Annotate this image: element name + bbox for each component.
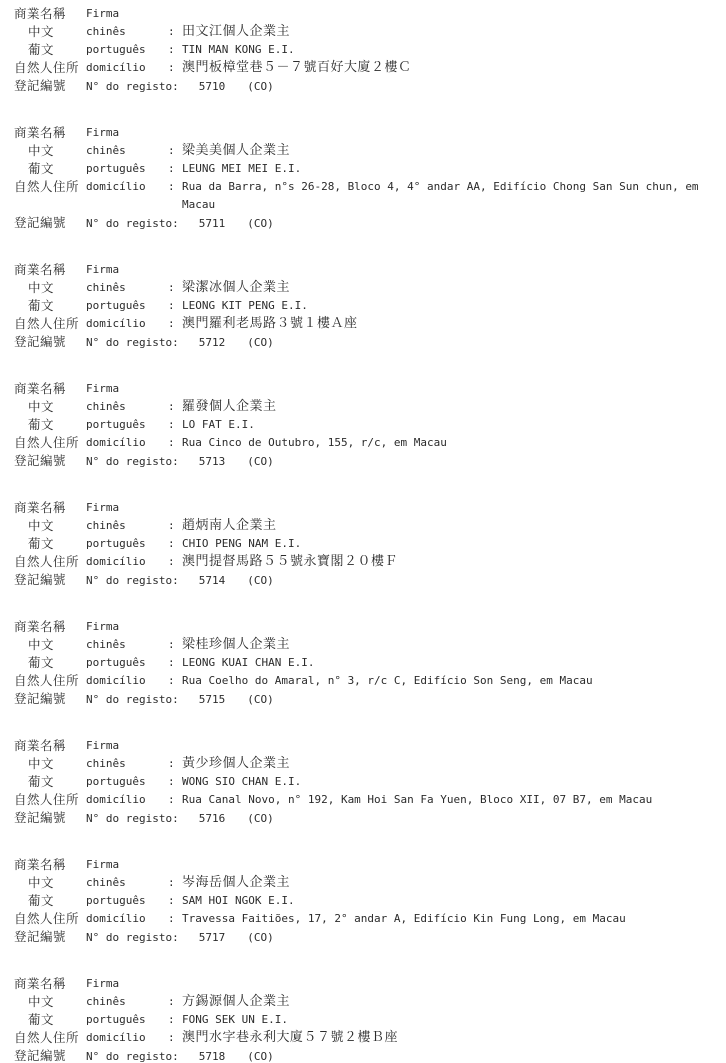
firma-label-zh: 商業名稱 [14,499,86,517]
registry-label-pt: N° do registo: [86,334,179,352]
chinese-label-pt: chinês [86,993,168,1011]
domicile-label-pt: domicílio [86,672,168,690]
firma-label-pt: Firma [86,618,168,636]
chinese-name-row: 中文 chinês : 趙炳南人企業主 [14,517,716,535]
domicile-row: 自然人住所 domicílio : Rua Cinco de Outubro, … [14,434,716,452]
registry-label-zh: 登記編號 [14,452,86,470]
registry-suffix: (CO) [247,691,274,709]
chinese-name-value: 方錫源個人企業主 [182,993,716,1011]
registry-row: 登記編號 N° do registo: 5713 (CO) [14,452,716,471]
registry-label-zh: 登記編號 [14,690,86,708]
chinese-label-zh: 中文 [14,517,86,535]
registry-label-pt: N° do registo: [86,453,179,471]
registry-row: 登記編號 N° do registo: 5710 (CO) [14,77,716,96]
registration-entry: 商業名稱 Firma 中文 chinês : 羅發個人企業主 葡文 portug… [14,380,716,471]
firma-label-pt: Firma [86,380,168,398]
chinese-name-value: 梁潔冰個人企業主 [182,279,716,297]
domicile-value-wrap: Rua da Barra, n°s 26-28, Bloco 4, 4° and… [182,178,716,214]
portuguese-label-pt: português [86,297,168,315]
portuguese-name-value: TIN MAN KONG E.I. [182,41,716,59]
chinese-label-zh: 中文 [14,874,86,892]
chinese-name-value: 羅發個人企業主 [182,398,716,416]
domicile-value-wrap: Rua Cinco de Outubro, 155, r/c, em Macau [182,434,716,452]
registry-row: 登記編號 N° do registo: 5714 (CO) [14,571,716,590]
colon-separator: : [168,1029,182,1047]
firma-label-pt: Firma [86,261,168,279]
registry-suffix: (CO) [247,810,274,828]
domicile-label-zh: 自然人住所 [14,315,86,333]
colon-separator: : [168,910,182,928]
firma-label-pt: Firma [86,975,168,993]
colon-separator: : [168,773,182,791]
domicile-address-line1: 澳門羅利老馬路３號１樓Ａ座 [182,315,716,333]
domicile-value-wrap: 澳門提督馬路５５號永寶閣２０樓Ｆ [182,553,716,571]
firma-label-zh: 商業名稱 [14,618,86,636]
domicile-label-zh: 自然人住所 [14,553,86,571]
chinese-label-zh: 中文 [14,142,86,160]
registry-suffix: (CO) [247,1048,274,1063]
colon-separator: : [168,874,182,892]
firma-row: 商業名稱 Firma [14,975,716,993]
domicile-label-pt: domicílio [86,553,168,571]
chinese-name-row: 中文 chinês : 梁美美個人企業主 [14,142,716,160]
spacer [168,261,182,279]
registry-number: 5713 [199,453,226,471]
chinese-name-row: 中文 chinês : 羅發個人企業主 [14,398,716,416]
firma-label-pt: Firma [86,499,168,517]
domicile-row: 自然人住所 domicílio : Rua da Barra, n°s 26-2… [14,178,716,214]
portuguese-name-row: 葡文 português : WONG SIO CHAN E.I. [14,773,716,791]
domicile-row: 自然人住所 domicílio : 澳門水字巷永利大廈５７號２樓Ｂ座 [14,1029,716,1047]
registry-label-zh: 登記編號 [14,1047,86,1063]
portuguese-name-row: 葡文 português : CHIO PENG NAM E.I. [14,535,716,553]
domicile-label-pt: domicílio [86,434,168,452]
domicile-value-wrap: 澳門羅利老馬路３號１樓Ａ座 [182,315,716,333]
colon-separator: : [168,315,182,333]
registration-entry: 商業名稱 Firma 中文 chinês : 黃少珍個人企業主 葡文 portu… [14,737,716,828]
domicile-address-line1: 澳門提督馬路５５號永寶閣２０樓Ｆ [182,553,716,571]
colon-separator: : [168,178,182,214]
registry-label-zh: 登記編號 [14,77,86,95]
portuguese-name-value: LO FAT E.I. [182,416,716,434]
firma-label-zh: 商業名稱 [14,856,86,874]
colon-separator: : [168,398,182,416]
colon-separator: : [168,993,182,1011]
portuguese-label-pt: português [86,654,168,672]
firma-row: 商業名稱 Firma [14,856,716,874]
chinese-label-zh: 中文 [14,398,86,416]
portuguese-label-zh: 葡文 [14,416,86,434]
chinese-name-row: 中文 chinês : 岑海岳個人企業主 [14,874,716,892]
registry-row: 登記編號 N° do registo: 5716 (CO) [14,809,716,828]
registry-label-pt: N° do registo: [86,691,179,709]
portuguese-label-zh: 葡文 [14,654,86,672]
domicile-address-line2: Macau [182,196,716,214]
domicile-label-pt: domicílio [86,1029,168,1047]
portuguese-label-zh: 葡文 [14,773,86,791]
domicile-address-line1: Rua Canal Novo, n° 192, Kam Hoi San Fa Y… [182,791,716,809]
registry-suffix: (CO) [247,334,274,352]
portuguese-name-value: WONG SIO CHAN E.I. [182,773,716,791]
firma-label-zh: 商業名稱 [14,124,86,142]
spacer [168,380,182,398]
chinese-name-row: 中文 chinês : 黃少珍個人企業主 [14,755,716,773]
colon-separator: : [168,297,182,315]
chinese-label-pt: chinês [86,755,168,773]
chinese-name-row: 中文 chinês : 梁桂珍個人企業主 [14,636,716,654]
registry-suffix: (CO) [247,572,274,590]
domicile-label-pt: domicílio [86,791,168,809]
portuguese-label-zh: 葡文 [14,892,86,910]
registry-row: 登記編號 N° do registo: 5715 (CO) [14,690,716,709]
domicile-value-wrap: 澳門板樟堂巷５－７號百好大廈２樓Ｃ [182,59,716,77]
registry-label-pt: N° do registo: [86,215,179,233]
portuguese-name-row: 葡文 português : FONG SEK UN E.I. [14,1011,716,1029]
colon-separator: : [168,636,182,654]
registry-row: 登記編號 N° do registo: 5718 (CO) [14,1047,716,1063]
registry-label-zh: 登記編號 [14,571,86,589]
spacer [182,737,716,755]
spacer [182,618,716,636]
colon-separator: : [168,142,182,160]
registry-suffix: (CO) [247,215,274,233]
registry-row: 登記編號 N° do registo: 5717 (CO) [14,928,716,947]
colon-separator: : [168,434,182,452]
portuguese-label-pt: português [86,416,168,434]
portuguese-label-pt: português [86,160,168,178]
domicile-value-wrap: Travessa Faitiões, 17, 2° andar A, Edifí… [182,910,716,928]
colon-separator: : [168,23,182,41]
domicile-label-zh: 自然人住所 [14,434,86,452]
colon-separator: : [168,1011,182,1029]
registration-entry: 商業名稱 Firma 中文 chinês : 方錫源個人企業主 葡文 portu… [14,975,716,1063]
chinese-name-value: 梁美美個人企業主 [182,142,716,160]
registry-label-pt: N° do registo: [86,929,179,947]
firma-label-pt: Firma [86,737,168,755]
domicile-row: 自然人住所 domicílio : 澳門提督馬路５５號永寶閣２０樓Ｆ [14,553,716,571]
registration-entry: 商業名稱 Firma 中文 chinês : 梁潔冰個人企業主 葡文 portu… [14,261,716,352]
firma-label-zh: 商業名稱 [14,261,86,279]
firma-label-pt: Firma [86,124,168,142]
spacer [182,261,716,279]
domicile-label-zh: 自然人住所 [14,910,86,928]
registry-number: 5714 [199,572,226,590]
spacer [168,856,182,874]
domicile-label-zh: 自然人住所 [14,1029,86,1047]
spacer [182,856,716,874]
spacer [168,499,182,517]
spacer [168,124,182,142]
colon-separator: : [168,553,182,571]
domicile-address-line1: 澳門水字巷永利大廈５７號２樓Ｂ座 [182,1029,716,1047]
chinese-name-row: 中文 chinês : 梁潔冰個人企業主 [14,279,716,297]
firma-row: 商業名稱 Firma [14,499,716,517]
registry-suffix: (CO) [247,929,274,947]
domicile-row: 自然人住所 domicílio : 澳門板樟堂巷５－７號百好大廈２樓Ｃ [14,59,716,77]
domicile-address-line1: Travessa Faitiões, 17, 2° andar A, Edifí… [182,910,716,928]
registry-label-zh: 登記編號 [14,333,86,351]
chinese-label-pt: chinês [86,517,168,535]
registry-label-pt: N° do registo: [86,78,179,96]
portuguese-name-row: 葡文 português : SAM HOI NGOK E.I. [14,892,716,910]
spacer [168,5,182,23]
colon-separator: : [168,755,182,773]
spacer [182,499,716,517]
domicile-label-zh: 自然人住所 [14,672,86,690]
registry-number: 5712 [199,334,226,352]
portuguese-name-value: LEONG KUAI CHAN E.I. [182,654,716,672]
domicile-row: 自然人住所 domicílio : 澳門羅利老馬路３號１樓Ａ座 [14,315,716,333]
portuguese-name-row: 葡文 português : LEONG KUAI CHAN E.I. [14,654,716,672]
colon-separator: : [168,517,182,535]
firma-row: 商業名稱 Firma [14,261,716,279]
colon-separator: : [168,654,182,672]
colon-separator: : [168,672,182,690]
registry-number: 5710 [199,78,226,96]
spacer [168,737,182,755]
registry-number: 5717 [199,929,226,947]
portuguese-name-value: SAM HOI NGOK E.I. [182,892,716,910]
portuguese-label-pt: português [86,1011,168,1029]
spacer [182,124,716,142]
chinese-name-value: 趙炳南人企業主 [182,517,716,535]
domicile-label-pt: domicílio [86,59,168,77]
colon-separator: : [168,41,182,59]
chinese-label-zh: 中文 [14,279,86,297]
portuguese-name-row: 葡文 português : LEUNG MEI MEI E.I. [14,160,716,178]
registration-entry-list: 商業名稱 Firma 中文 chinês : 田文江個人企業主 葡文 portu… [14,5,716,1063]
colon-separator: : [168,416,182,434]
firma-label-zh: 商業名稱 [14,5,86,23]
firma-label-pt: Firma [86,856,168,874]
firma-row: 商業名稱 Firma [14,5,716,23]
registry-row: 登記編號 N° do registo: 5712 (CO) [14,333,716,352]
firma-label-zh: 商業名稱 [14,737,86,755]
firma-row: 商業名稱 Firma [14,124,716,142]
portuguese-name-value: CHIO PENG NAM E.I. [182,535,716,553]
registration-entry: 商業名稱 Firma 中文 chinês : 梁美美個人企業主 葡文 portu… [14,124,716,233]
chinese-label-pt: chinês [86,23,168,41]
registration-entry: 商業名稱 Firma 中文 chinês : 田文江個人企業主 葡文 portu… [14,5,716,96]
domicile-row: 自然人住所 domicílio : Rua Canal Novo, n° 192… [14,791,716,809]
spacer [168,618,182,636]
firma-row: 商業名稱 Firma [14,737,716,755]
chinese-name-row: 中文 chinês : 方錫源個人企業主 [14,993,716,1011]
portuguese-label-pt: português [86,773,168,791]
domicile-value-wrap: Rua Coelho do Amaral, n° 3, r/c C, Edifí… [182,672,716,690]
chinese-label-pt: chinês [86,279,168,297]
firma-row: 商業名稱 Firma [14,618,716,636]
portuguese-label-zh: 葡文 [14,535,86,553]
domicile-label-pt: domicílio [86,910,168,928]
chinese-label-pt: chinês [86,398,168,416]
firma-label-zh: 商業名稱 [14,975,86,993]
colon-separator: : [168,892,182,910]
domicile-address-line1: 澳門板樟堂巷５－７號百好大廈２樓Ｃ [182,59,716,77]
registration-entry: 商業名稱 Firma 中文 chinês : 梁桂珍個人企業主 葡文 portu… [14,618,716,709]
portuguese-label-zh: 葡文 [14,297,86,315]
portuguese-name-row: 葡文 português : LO FAT E.I. [14,416,716,434]
firma-label-zh: 商業名稱 [14,380,86,398]
spacer [182,5,716,23]
chinese-name-value: 黃少珍個人企業主 [182,755,716,773]
registry-number: 5715 [199,691,226,709]
spacer [182,380,716,398]
chinese-name-value: 田文江個人企業主 [182,23,716,41]
domicile-address-line1: Rua Cinco de Outubro, 155, r/c, em Macau [182,434,716,452]
spacer [168,975,182,993]
domicile-address-line1: Rua da Barra, n°s 26-28, Bloco 4, 4° and… [182,178,716,196]
portuguese-label-zh: 葡文 [14,41,86,59]
registration-entry: 商業名稱 Firma 中文 chinês : 趙炳南人企業主 葡文 portug… [14,499,716,590]
registry-suffix: (CO) [247,453,274,471]
registry-label-pt: N° do registo: [86,810,179,828]
domicile-value-wrap: Rua Canal Novo, n° 192, Kam Hoi San Fa Y… [182,791,716,809]
domicile-row: 自然人住所 domicílio : Rua Coelho do Amaral, … [14,672,716,690]
chinese-label-zh: 中文 [14,636,86,654]
portuguese-label-zh: 葡文 [14,1011,86,1029]
domicile-label-zh: 自然人住所 [14,59,86,77]
portuguese-name-value: LEUNG MEI MEI E.I. [182,160,716,178]
firma-row: 商業名稱 Firma [14,380,716,398]
domicile-label-pt: domicílio [86,315,168,333]
registry-label-zh: 登記編號 [14,928,86,946]
registry-label-pt: N° do registo: [86,572,179,590]
domicile-value-wrap: 澳門水字巷永利大廈５７號２樓Ｂ座 [182,1029,716,1047]
registry-number: 5711 [199,215,226,233]
chinese-label-zh: 中文 [14,755,86,773]
registry-number: 5716 [199,810,226,828]
domicile-label-zh: 自然人住所 [14,178,86,214]
spacer [182,975,716,993]
chinese-name-value: 岑海岳個人企業主 [182,874,716,892]
registry-label-zh: 登記編號 [14,809,86,827]
domicile-address-line1: Rua Coelho do Amaral, n° 3, r/c C, Edifí… [182,672,716,690]
registry-label-zh: 登記編號 [14,214,86,232]
registry-label-pt: N° do registo: [86,1048,179,1063]
chinese-name-value: 梁桂珍個人企業主 [182,636,716,654]
chinese-label-pt: chinês [86,636,168,654]
portuguese-label-pt: português [86,535,168,553]
colon-separator: : [168,279,182,297]
colon-separator: : [168,535,182,553]
registry-suffix: (CO) [247,78,274,96]
domicile-label-pt: domicílio [86,178,168,214]
colon-separator: : [168,791,182,809]
portuguese-name-row: 葡文 português : TIN MAN KONG E.I. [14,41,716,59]
firma-label-pt: Firma [86,5,168,23]
chinese-label-zh: 中文 [14,23,86,41]
domicile-row: 自然人住所 domicílio : Travessa Faitiões, 17,… [14,910,716,928]
colon-separator: : [168,160,182,178]
chinese-label-zh: 中文 [14,993,86,1011]
gazette-page: 商業名稱 Firma 中文 chinês : 田文江個人企業主 葡文 portu… [0,0,726,1063]
portuguese-name-value: LEONG KIT PENG E.I. [182,297,716,315]
registration-entry: 商業名稱 Firma 中文 chinês : 岑海岳個人企業主 葡文 portu… [14,856,716,947]
registry-row: 登記編號 N° do registo: 5711 (CO) [14,214,716,233]
portuguese-name-row: 葡文 português : LEONG KIT PENG E.I. [14,297,716,315]
chinese-label-pt: chinês [86,874,168,892]
portuguese-name-value: FONG SEK UN E.I. [182,1011,716,1029]
portuguese-label-pt: português [86,892,168,910]
domicile-label-zh: 自然人住所 [14,791,86,809]
chinese-label-pt: chinês [86,142,168,160]
registry-number: 5718 [199,1048,226,1063]
colon-separator: : [168,59,182,77]
portuguese-label-pt: português [86,41,168,59]
portuguese-label-zh: 葡文 [14,160,86,178]
chinese-name-row: 中文 chinês : 田文江個人企業主 [14,23,716,41]
